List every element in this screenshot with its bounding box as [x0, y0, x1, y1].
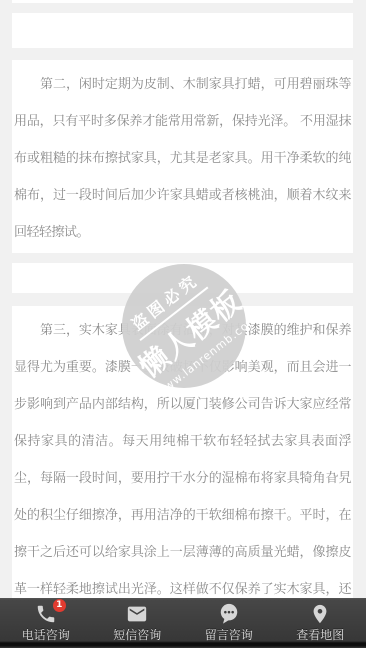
- notification-badge: 1: [53, 599, 66, 612]
- tabbar-label-sms: 短信咨询: [113, 626, 161, 643]
- watermark: 盗图必究 懒人模板 www.lanrenmb.com: [122, 264, 246, 388]
- map-pin-icon: [309, 603, 331, 625]
- content-card-top-sliver: [12, 0, 353, 3]
- tabbar-item-phone[interactable]: 1 电话咨询: [0, 598, 92, 648]
- tabbar-label-map: 查看地图: [296, 626, 344, 643]
- chat-bubble-icon: [218, 603, 240, 625]
- content-card-empty-1: [12, 13, 353, 48]
- envelope-icon: [125, 603, 149, 625]
- page: 第二，闲时定期为皮制、木制家具打蜡，可用碧丽珠等用品，只有平时多保养才能常用常新…: [0, 0, 366, 648]
- paragraph-2-text: 第二，闲时定期为皮制、木制家具打蜡，可用碧丽珠等用品，只有平时多保养才能常用常新…: [14, 66, 351, 251]
- tabbar-item-sms[interactable]: 短信咨询: [92, 598, 184, 648]
- tabbar-item-message[interactable]: 留言咨询: [183, 598, 275, 648]
- tabbar-label-phone: 电话咨询: [22, 626, 70, 643]
- tabbar-label-message: 留言咨询: [205, 626, 253, 643]
- phone-icon: 1: [35, 603, 57, 625]
- tabbar-item-map[interactable]: 查看地图: [275, 598, 366, 648]
- bottom-tabbar: 1 电话咨询 短信咨询 留言咨询: [0, 598, 366, 648]
- paragraph-2-card: 第二，闲时定期为皮制、木制家具打蜡，可用碧丽珠等用品，只有平时多保养才能常用常新…: [12, 60, 353, 253]
